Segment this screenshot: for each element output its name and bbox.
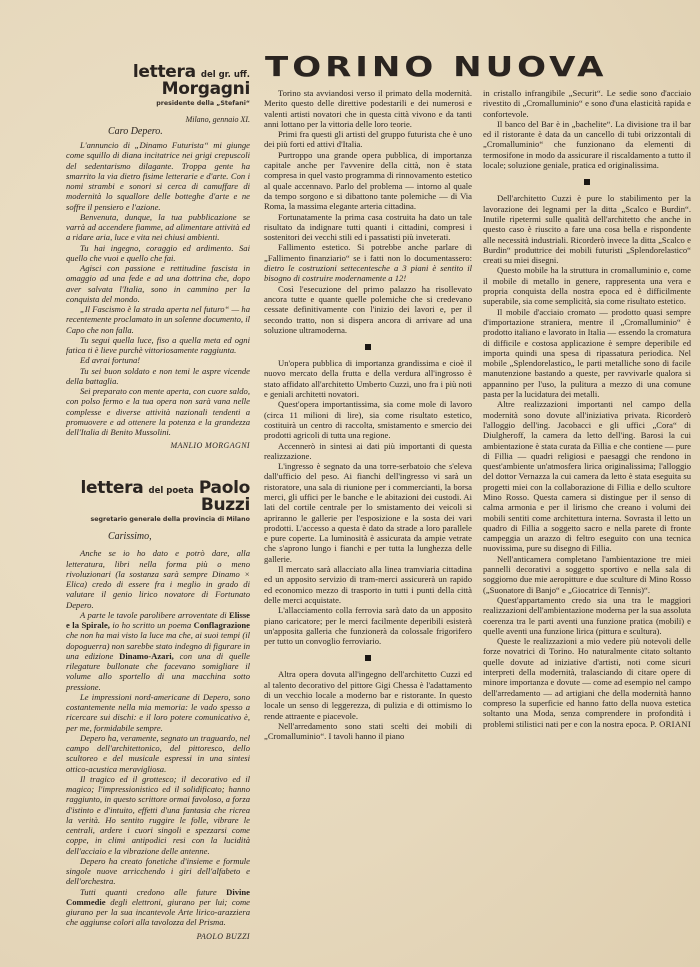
paragraph: Dell'architetto Cuzzi è pure lo stabilim…	[483, 193, 691, 265]
paragraph: Depero ha creato fonetiche d'insieme e f…	[66, 856, 250, 887]
heading-name: Paolo Buzzi	[199, 478, 250, 515]
paragraph: Tu sei buon soldato e non temi le aspre …	[66, 366, 250, 387]
paragraph: Accennerò in sintesi ai dati più importa…	[264, 441, 472, 462]
paragraph: Un'opera pubblica di importanza grandiss…	[264, 358, 472, 399]
paragraph: Tu segui quella luce, fiso a quella meta…	[66, 335, 250, 356]
paragraph: Anche se io ho dato e potrò dare, alla l…	[66, 548, 250, 610]
article-column-middle: Torino sta avviandosi verso il primato d…	[264, 88, 472, 742]
letter-buzzi: lettera del poeta Paolo Buzzi segretario…	[66, 480, 250, 940]
paragraph: L'ingresso è segnato da una torre-serbat…	[264, 461, 472, 564]
paragraph: Così l'esecuzione del primo palazzo ha r…	[264, 284, 472, 335]
paragraph: Ed avrai fortuna!	[66, 355, 250, 365]
paragraph: Fallimento estetico. Si potrebbe anche p…	[264, 242, 472, 283]
letter-subtitle: presidente della „Stefani“	[66, 100, 250, 107]
magazine-page: lettera del gr. uff. Morgagni presidente…	[0, 0, 700, 967]
paragraph: Quest'opera importantissima, sia come mo…	[264, 399, 472, 440]
paragraph: Le impressioni nord-americane di Depero,…	[66, 692, 250, 733]
section-separator	[264, 654, 472, 662]
paragraph: Benvenuta, dunque, la tua pubblicazione …	[66, 212, 250, 243]
letter-body: L'annuncio di „Dinamo Futurista“ mi giun…	[66, 140, 250, 437]
paragraph: „Il Fascismo è la strada aperta nel futu…	[66, 304, 250, 335]
letter-heading: lettera del gr. uff. Morgagni	[66, 64, 250, 98]
paragraph: Il mercato sarà allacciato alla linea tr…	[264, 564, 472, 605]
article-title: TORINO NUOVA	[265, 53, 700, 81]
paragraph: Primi fra questi gli artisti del gruppo …	[264, 129, 472, 150]
paragraph: L'annuncio di „Dinamo Futurista“ mi giun…	[66, 140, 250, 212]
dateline: Milano, gennaio XI.	[66, 115, 250, 124]
signature: PAOLO BUZZI	[66, 932, 250, 941]
paragraph: Il tragico ed il grottesco; il decorativ…	[66, 774, 250, 856]
paragraph: Purtroppo una grande opera pubblica, di …	[264, 150, 472, 212]
paragraph: Sei preparato con mente aperta, con cuor…	[66, 386, 250, 437]
heading-title: del poeta	[149, 486, 194, 496]
paragraph: Il banco del Bar è in „bachelite“. La di…	[483, 119, 691, 170]
section-separator	[264, 343, 472, 351]
emphasis: dietro le costruzioni settecentesche a 3…	[264, 263, 472, 283]
paragraph: Altra opera dovuta all'ingegno dell'arch…	[264, 669, 472, 720]
paragraph: Il mobile d'acciaio cromato — prodotto q…	[483, 307, 691, 400]
paragraph: Nell'arredamento sono stati scelti dei m…	[264, 721, 472, 742]
bold-title: Conflagrazione	[194, 620, 250, 630]
paragraph: A parte le tavole parolibere arroventate…	[66, 610, 250, 692]
section-separator	[483, 178, 691, 186]
square-bullet-icon	[365, 344, 371, 350]
paragraph: Torino sta avviandosi verso il primato d…	[264, 88, 472, 129]
paragraph: Queste le realizzazioni a mio vedere più…	[483, 636, 691, 729]
signature: P. ORIANI	[650, 719, 691, 729]
paragraph: Nell'anticamera completano l'ambientazio…	[483, 554, 691, 595]
letter-heading: lettera del poeta Paolo Buzzi	[66, 480, 250, 514]
salutation: Caro Depero.	[108, 126, 250, 137]
paragraph: Agisci con passione e rettitudine fascis…	[66, 263, 250, 304]
paragraph: Tu hai ingegno, coraggio ed ardimento. S…	[66, 243, 250, 264]
bold-title: Divine Commedie	[66, 887, 250, 907]
paragraph: Tutti quanti credono alle future Divine …	[66, 887, 250, 928]
paragraph: L'allacciamento colla ferrovia sarà dato…	[264, 605, 472, 646]
square-bullet-icon	[584, 179, 590, 185]
paragraph: in cristallo infrangibile „Securit“. Le …	[483, 88, 691, 119]
paragraph: Depero ha, veramente, segnato un traguar…	[66, 733, 250, 774]
paragraph: Questo mobile ha la struttura in cromall…	[483, 265, 691, 306]
letters-column: lettera del gr. uff. Morgagni presidente…	[66, 64, 250, 941]
heading-name: Morgagni	[162, 79, 250, 99]
article-column-right: in cristallo infrangibile „Securit“. Le …	[483, 88, 691, 729]
letter-body: Anche se io ho dato e potrò dare, alla l…	[66, 548, 250, 927]
letter-subtitle: segretario generale della provincia di M…	[66, 516, 250, 523]
signature: MANLIO MORGAGNI	[66, 441, 250, 450]
salutation: Carissimo,	[108, 531, 250, 542]
paragraph: Altre realizzazioni importanti nel campo…	[483, 399, 691, 553]
heading-word: lettera	[81, 478, 144, 498]
paragraph: Fortunatamente la prima casa costruita h…	[264, 212, 472, 243]
bold-title: Dinamo-Azari,	[119, 651, 174, 661]
paragraph: Quest'appartamento credo sia una tra le …	[483, 595, 691, 636]
letter-morgagni: lettera del gr. uff. Morgagni presidente…	[66, 64, 250, 450]
square-bullet-icon	[365, 655, 371, 661]
